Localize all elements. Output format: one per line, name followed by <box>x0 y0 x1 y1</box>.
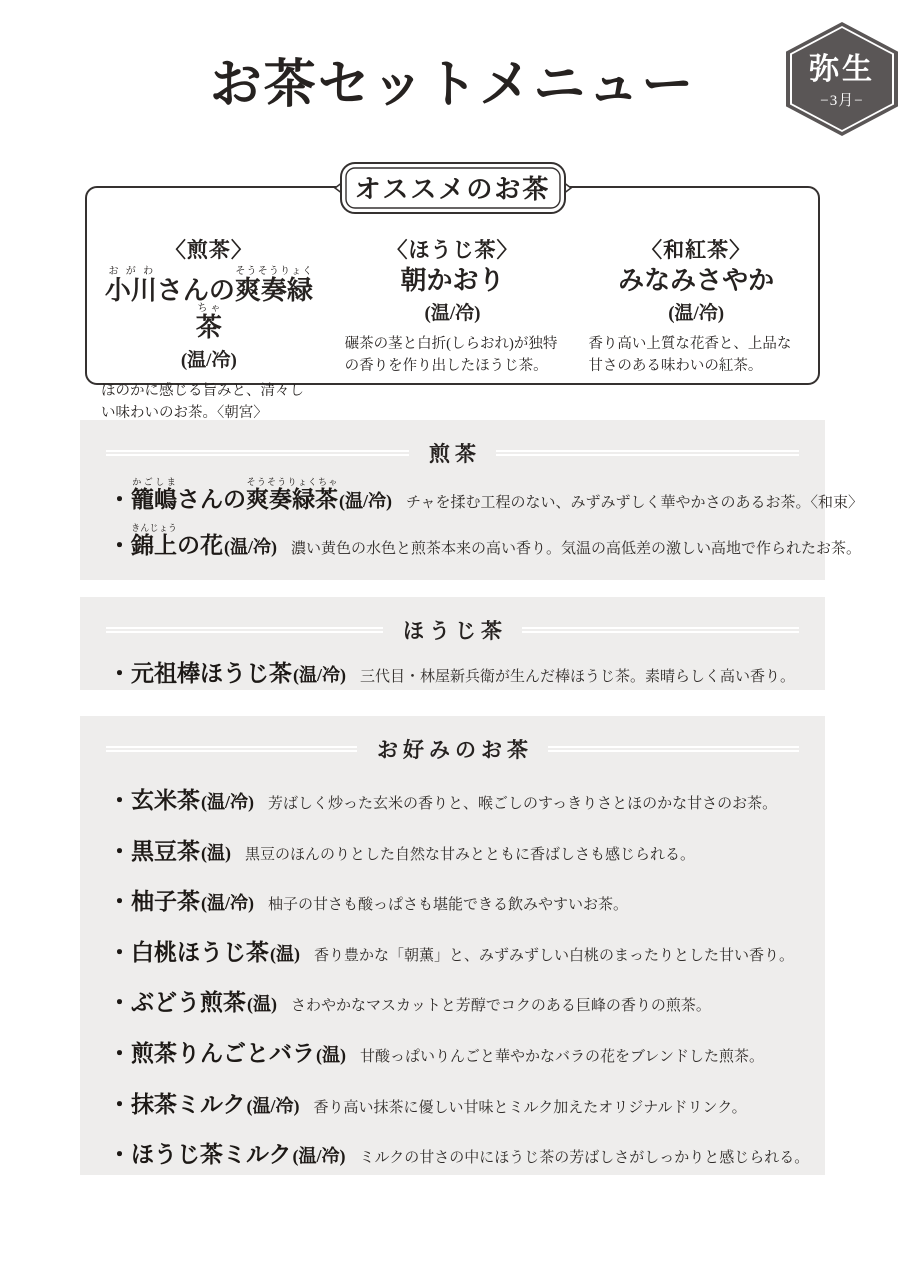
section-header: 煎茶 <box>106 420 799 468</box>
menu-item: 黒豆茶(温)黒豆のほんのりとした自然な甘みとともに香ばしさも感じられる。 <box>108 838 799 866</box>
tea-temperature: (温/冷) <box>339 491 392 511</box>
tea-category: 〈和紅茶〉 <box>588 234 804 264</box>
tea-name: 柚子茶 <box>108 889 200 914</box>
tea-name: 黒豆茶 <box>108 839 200 864</box>
decorative-rule <box>106 627 383 633</box>
tea-temperature: (温) <box>270 944 300 964</box>
menu-item-list: 籠嶋かごしまさんの爽奏緑茶そうそうりょくちゃ(温/冷)チャを揉む工程のない、みず… <box>106 477 799 559</box>
tea-temperature: (温/冷) <box>588 298 804 325</box>
menu-item: 錦上きんじょうの花(温/冷)濃い黄色の水色と煎茶本来の高い香り。気温の高低差の激… <box>108 523 799 560</box>
decorative-rule <box>548 746 799 752</box>
decorative-rule <box>106 450 409 456</box>
tea-description: ミルクの甘さの中にほうじ茶の芳ばしさがしっかりと感じられる。 <box>360 1150 810 1166</box>
section-sencha: 煎茶 籠嶋かごしまさんの爽奏緑茶そうそうりょくちゃ(温/冷)チャを揉む工程のない… <box>80 420 825 580</box>
recommended-tea-column: 〈和紅茶〉 みなみさやか (温/冷) 香り高い上質な花香と、上品な甘さのある味わ… <box>574 234 818 425</box>
tea-description: 香り高い抹茶に優しい甘味とミルク加えたオリジナルドリンク。 <box>314 1100 747 1116</box>
tea-description: ほのかに感じる旨みと、清々しい味わいのお茶。〈朝宮〉 <box>101 380 317 425</box>
tea-category: 〈ほうじ茶〉 <box>345 234 561 264</box>
menu-item-list: 玄米茶(温/冷)芳ばしく炒った玄米の香りと、喉ごしのすっきりさとほのかな甘さのお… <box>106 787 799 1169</box>
tea-description: 碾茶の茎と白折(しらおれ)が独特の香りを作り出したほうじ茶。 <box>345 333 561 378</box>
section-header: お好みのお茶 <box>106 716 799 764</box>
tea-name: 朝かおり <box>345 266 561 296</box>
tea-name: ぶどう煎茶 <box>108 990 246 1015</box>
tea-description: さわやかなマスカットと芳醇でコクのある巨峰の香りの煎茶。 <box>291 998 711 1014</box>
recommended-tea-column: 〈煎茶〉 小川おがわさんの爽奏緑茶そうそうりょくちゃ (温/冷) ほのかに感じる… <box>87 234 331 425</box>
tea-temperature: (温/冷) <box>293 1146 346 1166</box>
tea-category: 〈煎茶〉 <box>101 234 317 264</box>
tea-description: 香り高い上質な花香と、上品な甘さのある味わいの紅茶。 <box>588 333 804 378</box>
section-title: ほうじ茶 <box>398 615 507 645</box>
tea-name: みなみさやか <box>588 266 804 296</box>
recommended-tea-box: オススメのお茶 〈煎茶〉 小川おがわさんの爽奏緑茶そうそうりょくちゃ (温/冷)… <box>85 186 820 385</box>
tea-name: 抹茶ミルク <box>108 1092 246 1117</box>
tea-description: 柚子の甘さも酸っぱさも堪能できる飲みやすいお茶。 <box>268 897 628 913</box>
section-hojicha: ほうじ茶 元祖棒ほうじ茶(温/冷)三代目・林屋新兵衛が生んだ棒ほうじ茶。素晴らし… <box>80 597 825 690</box>
tea-description: 三代目・林屋新兵衛が生んだ棒ほうじ茶。素晴らしく高い香り。 <box>360 669 795 685</box>
tea-name: 元祖棒ほうじ茶 <box>108 661 292 686</box>
recommended-tea-column: 〈ほうじ茶〉 朝かおり (温/冷) 碾茶の茎と白折(しらおれ)が独特の香りを作り… <box>331 234 575 425</box>
tea-name: 籠嶋かごしまさんの爽奏緑茶そうそうりょくちゃ <box>108 487 338 512</box>
tea-description: チャを揉む工程のない、みずみずしく華やかさのあるお茶。〈和束〉 <box>406 495 863 511</box>
section-title: 煎茶 <box>424 438 481 468</box>
month-badge: 弥生 −3月− <box>786 22 898 136</box>
tea-description: 黒豆のほんのりとした自然な甘みとともに香ばしさも感じられる。 <box>245 847 695 863</box>
badge-season-label: 弥生 <box>809 53 875 86</box>
tea-name: 煎茶りんごとバラ <box>108 1041 315 1066</box>
tea-temperature: (温/冷) <box>224 537 277 557</box>
tea-name: 白桃ほうじ茶 <box>108 940 269 965</box>
badge-month-label: −3月− <box>820 89 863 110</box>
tea-temperature: (温/冷) <box>201 893 254 913</box>
menu-item: 抹茶ミルク(温/冷)香り高い抹茶に優しい甘味とミルク加えたオリジナルドリンク。 <box>108 1091 799 1119</box>
recommended-columns: 〈煎茶〉 小川おがわさんの爽奏緑茶そうそうりょくちゃ (温/冷) ほのかに感じる… <box>87 234 818 425</box>
tea-temperature: (温/冷) <box>247 1096 300 1116</box>
decorative-rule <box>496 450 799 456</box>
page-title: お茶セットメニュー <box>0 42 905 117</box>
tea-temperature: (温/冷) <box>345 298 561 325</box>
tea-temperature: (温) <box>247 994 277 1014</box>
tea-description: 芳ばしく炒った玄米の香りと、喉ごしのすっきりさとほのかな甘さのお茶。 <box>268 796 777 812</box>
menu-item: 白桃ほうじ茶(温)香り豊かな「朝薫」と、みずみずしい白桃のまったりとした甘い香り… <box>108 939 799 967</box>
menu-item: 煎茶りんごとバラ(温)甘酸っぱいりんごと華やかなバラの花をブレンドした煎茶。 <box>108 1040 799 1068</box>
menu-item-list: 元祖棒ほうじ茶(温/冷)三代目・林屋新兵衛が生んだ棒ほうじ茶。素晴らしく高い香り… <box>106 660 799 688</box>
tea-description: 甘酸っぱいりんごと華やかなバラの花をブレンドした煎茶。 <box>360 1049 764 1065</box>
menu-item: 玄米茶(温/冷)芳ばしく炒った玄米の香りと、喉ごしのすっきりさとほのかな甘さのお… <box>108 787 799 815</box>
menu-item: 元祖棒ほうじ茶(温/冷)三代目・林屋新兵衛が生んだ棒ほうじ茶。素晴らしく高い香り… <box>108 660 799 688</box>
tea-name: 錦上きんじょうの花 <box>108 533 223 558</box>
tea-description: 濃い黄色の水色と煎茶本来の高い香り。気温の高低差の激しい高地で作られたお茶。 <box>291 541 861 557</box>
tea-temperature: (温) <box>316 1045 346 1065</box>
tea-name: 小川おがわさんの爽奏緑茶そうそうりょくちゃ <box>101 266 317 343</box>
menu-item: 柚子茶(温/冷)柚子の甘さも酸っぱさも堪能できる飲みやすいお茶。 <box>108 888 799 916</box>
tea-temperature: (温) <box>201 843 231 863</box>
menu-item: ほうじ茶ミルク(温/冷)ミルクの甘さの中にほうじ茶の芳ばしさがしっかりと感じられ… <box>108 1141 799 1169</box>
section-favorite-tea: お好みのお茶 玄米茶(温/冷)芳ばしく炒った玄米の香りと、喉ごしのすっきりさとほ… <box>80 716 825 1175</box>
tea-description: 香り豊かな「朝薫」と、みずみずしい白桃のまったりとした甘い香り。 <box>314 948 794 964</box>
tea-temperature: (温/冷) <box>293 665 346 685</box>
menu-item: ぶどう煎茶(温)さわやかなマスカットと芳醇でコクのある巨峰の香りの煎茶。 <box>108 989 799 1017</box>
tea-temperature: (温/冷) <box>101 345 317 372</box>
section-title: お好みのお茶 <box>372 734 533 764</box>
section-header: ほうじ茶 <box>106 597 799 645</box>
recommended-label-frame: オススメのお茶 <box>333 160 573 216</box>
tea-name: ほうじ茶ミルク <box>108 1142 292 1167</box>
decorative-rule <box>522 627 799 633</box>
tea-name: 玄米茶 <box>108 788 200 813</box>
decorative-rule <box>106 746 357 752</box>
tea-temperature: (温/冷) <box>201 792 254 812</box>
badge-text: 弥生 −3月− <box>786 22 898 136</box>
menu-item: 籠嶋かごしまさんの爽奏緑茶そうそうりょくちゃ(温/冷)チャを揉む工程のない、みず… <box>108 477 799 514</box>
recommended-label: オススメのお茶 <box>333 160 573 216</box>
